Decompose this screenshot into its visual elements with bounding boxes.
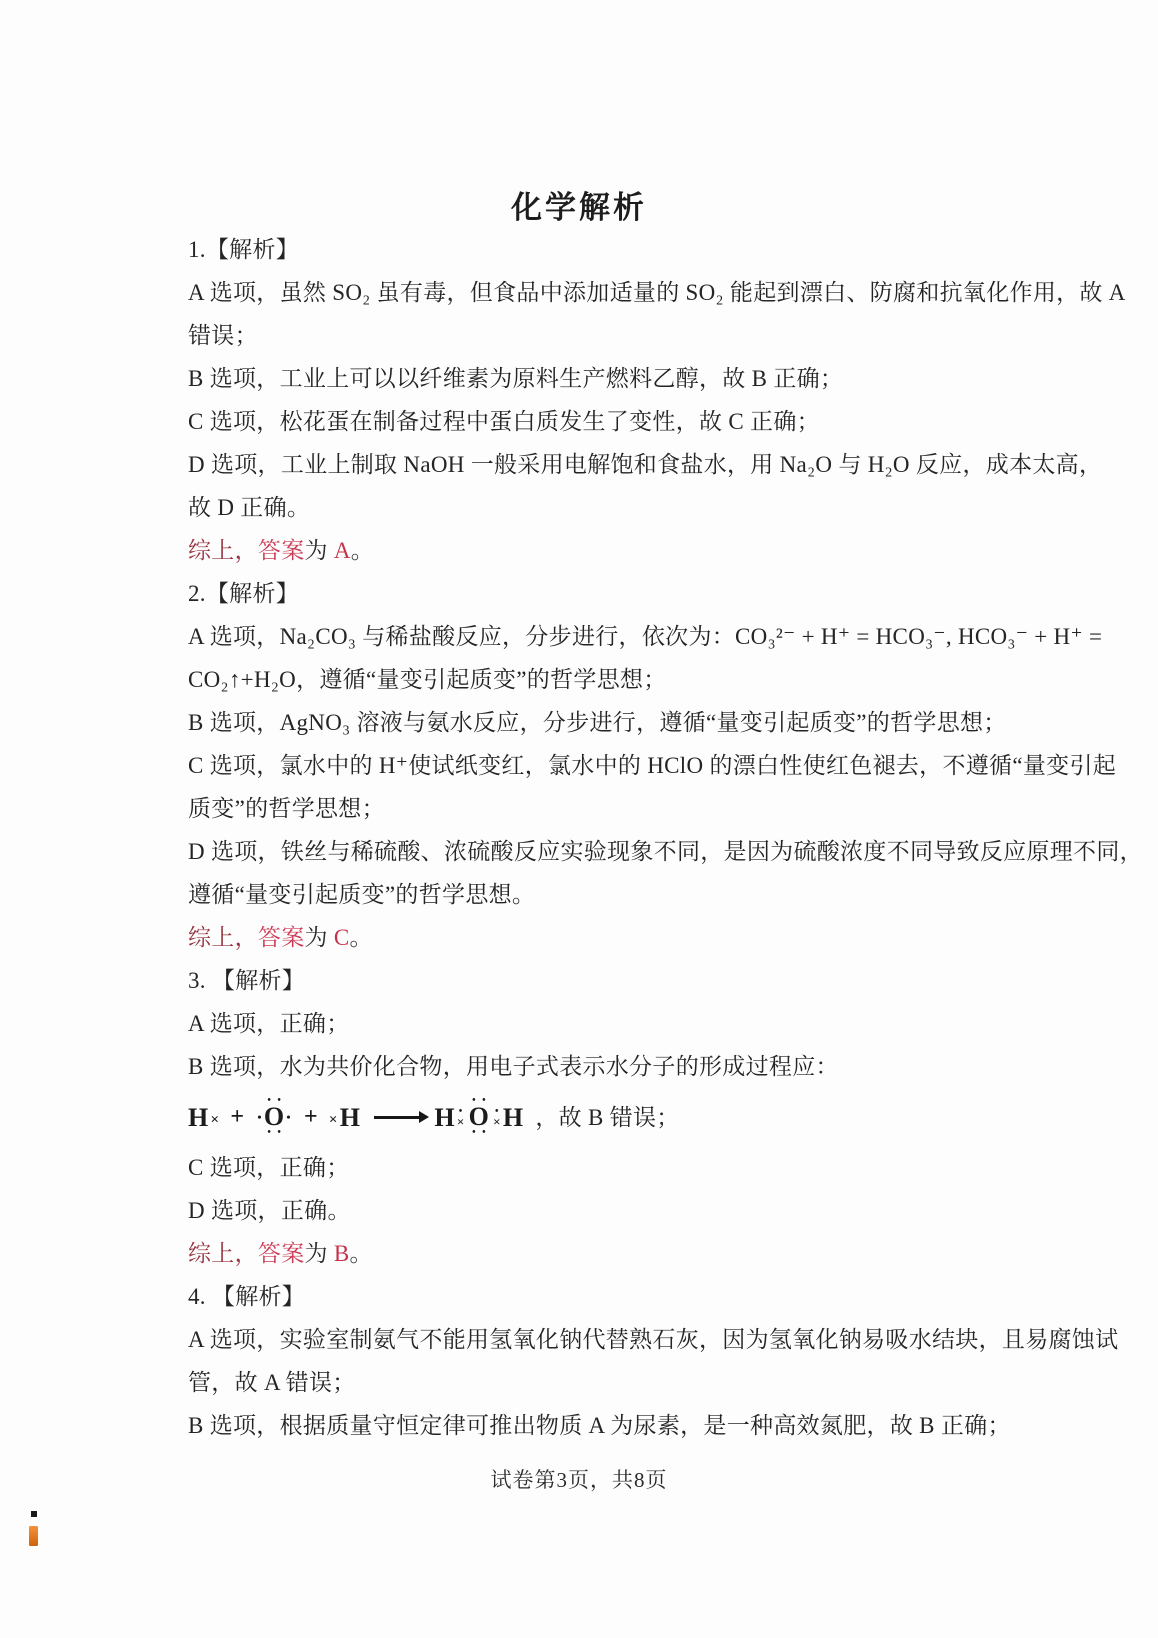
q1-option-d-line: D 选项，工业上制取 NaOH 一般采用电解饱和食盐水，用 Na₂O 与 H₂O… xyxy=(188,443,988,486)
hydrogen-symbol: H xyxy=(188,1096,209,1139)
oxygen-lewis-left: • • •O• • • xyxy=(255,1097,293,1137)
page-footer: 试卷第3页，共8页 xyxy=(0,1466,1158,1494)
answer-letter: C xyxy=(334,925,350,950)
q1-option-d-line2: 故 D 正确。 xyxy=(188,486,988,529)
q2-option-d-line2: 遵循“量变引起质变”的哲学思想。 xyxy=(188,873,988,916)
q2-answer-line: 综上，答案为 C。 xyxy=(188,916,988,959)
solution-2-heading: 2.【解析】 xyxy=(188,572,988,615)
answer-prefix: 综上， xyxy=(188,538,258,563)
equation-suffix-text: ，故 B 错误； xyxy=(535,1096,679,1139)
page-corner-orange-mark xyxy=(29,1526,38,1546)
oxygen-symbol: O xyxy=(469,1105,490,1129)
q2-option-a-line2: CO₂↑+H₂O，遵循“量变引起质变”的哲学思想； xyxy=(188,658,988,701)
oxygen-lewis-right: • • O • • xyxy=(469,1097,490,1137)
q1-option-b-line: B 选项，工业上可以以纤维素为原料生产燃料乙醇，故 B 正确； xyxy=(188,357,988,400)
plus-sign: + xyxy=(304,1096,318,1139)
arrow-head xyxy=(419,1111,429,1123)
q3-answer-line: 综上，答案为 B。 xyxy=(188,1232,988,1275)
q1-option-c-line: C 选项，松花蛋在制备过程中蛋白质发生了变性，故 C 正确； xyxy=(188,400,988,443)
solution-1-heading: 1.【解析】 xyxy=(188,228,988,271)
q1-option-a-line: A 选项，虽然 SO₂ 虽有毒，但食品中添加适量的 SO₂ 能起到漂白、防腐和抗… xyxy=(188,271,988,314)
q3-option-a-line: A 选项，正确； xyxy=(188,1002,988,1045)
q2-option-c-line2: 质变”的哲学思想； xyxy=(188,787,988,830)
electron-dot: • xyxy=(286,1111,291,1123)
q2-option-c-line: C 选项，氯水中的 H⁺使试纸变红，氯水中的 HClO 的漂白性使红色褪去，不遵… xyxy=(188,744,988,787)
electron-pair-dots: • • xyxy=(470,1129,488,1137)
hydrogen-symbol: H xyxy=(434,1096,455,1139)
answer-plain: 为 xyxy=(305,925,334,950)
q4-option-b-line: B 选项，根据质量守恒定律可推出物质 A 为尿素，是一种高效氮肥，故 B 正确； xyxy=(188,1404,988,1447)
answer-prefix: 综上， xyxy=(188,1241,258,1266)
answer-letter: A xyxy=(334,538,351,563)
q2-option-d-line: D 选项，铁丝与稀硫酸、浓硫酸反应实验现象不同，是因为硫酸浓度不同导致反应原理不… xyxy=(188,830,988,873)
electron-cross: × xyxy=(211,1099,220,1142)
answer-plain: 为 xyxy=(305,538,334,563)
solution-3-heading: 3. 【解析】 xyxy=(188,959,988,1002)
q1-answer-line: 综上，答案为 A。 xyxy=(188,529,988,572)
q3-option-d-line: D 选项，正确。 xyxy=(188,1189,988,1232)
electron-dot-equation: H× + • • •O• • • + ×H H •× • • O • • •× … xyxy=(188,1088,988,1146)
solution-4-heading: 4. 【解析】 xyxy=(188,1275,988,1318)
q3-option-b-line: B 选项，水为共价化合物，用电子式表示水分子的形成过程应： xyxy=(188,1045,988,1088)
document-body: 1.【解析】 A 选项，虽然 SO₂ 虽有毒，但食品中添加适量的 SO₂ 能起到… xyxy=(188,228,988,1447)
answer-prefix: 综上， xyxy=(188,925,258,950)
electron-dot: • xyxy=(257,1111,262,1123)
electron-pair-dots: • • xyxy=(265,1129,283,1137)
q4-option-a-line: A 选项，实验室制氨气不能用氢氧化钠代替熟石灰，因为氢氧化钠易吸水结块，且易腐蚀… xyxy=(188,1318,988,1361)
hydrogen-symbol: H xyxy=(340,1096,361,1139)
hydrogen-symbol: H xyxy=(503,1096,524,1139)
q2-option-a-line: A 选项，Na₂CO₃ 与稀盐酸反应，分步进行，依次为：CO₃²⁻ + H⁺ =… xyxy=(188,615,988,658)
plus-sign: + xyxy=(230,1096,244,1139)
shared-electron-pair: •× xyxy=(457,1108,465,1127)
answer-word: 答案 xyxy=(258,538,305,563)
q1-option-a-line2: 错误； xyxy=(188,314,988,357)
q2-option-b-line: B 选项，AgNO₃ 溶液与氨水反应，分步进行，遵循“量变引起质变”的哲学思想； xyxy=(188,701,988,744)
answer-letter: B xyxy=(334,1241,350,1266)
answer-plain: 为 xyxy=(305,1241,334,1266)
page-title: 化学解析 xyxy=(0,182,1158,227)
answer-period: 。 xyxy=(350,925,373,950)
answer-word: 答案 xyxy=(258,1241,305,1266)
electron-cross: × xyxy=(493,1116,501,1127)
arrow-right-icon xyxy=(374,1116,420,1119)
page-corner-dot xyxy=(31,1511,37,1517)
electron-cross: × xyxy=(329,1099,338,1142)
q4-option-a-line2: 管，故 A 错误； xyxy=(188,1361,988,1404)
q3-option-c-line: C 选项，正确； xyxy=(188,1146,988,1189)
oxygen-symbol: O xyxy=(264,1105,285,1129)
answer-period: 。 xyxy=(350,1241,373,1266)
answer-word: 答案 xyxy=(258,925,305,950)
shared-electron-pair: •× xyxy=(493,1108,501,1127)
answer-period: 。 xyxy=(351,538,374,563)
electron-cross: × xyxy=(457,1116,465,1127)
